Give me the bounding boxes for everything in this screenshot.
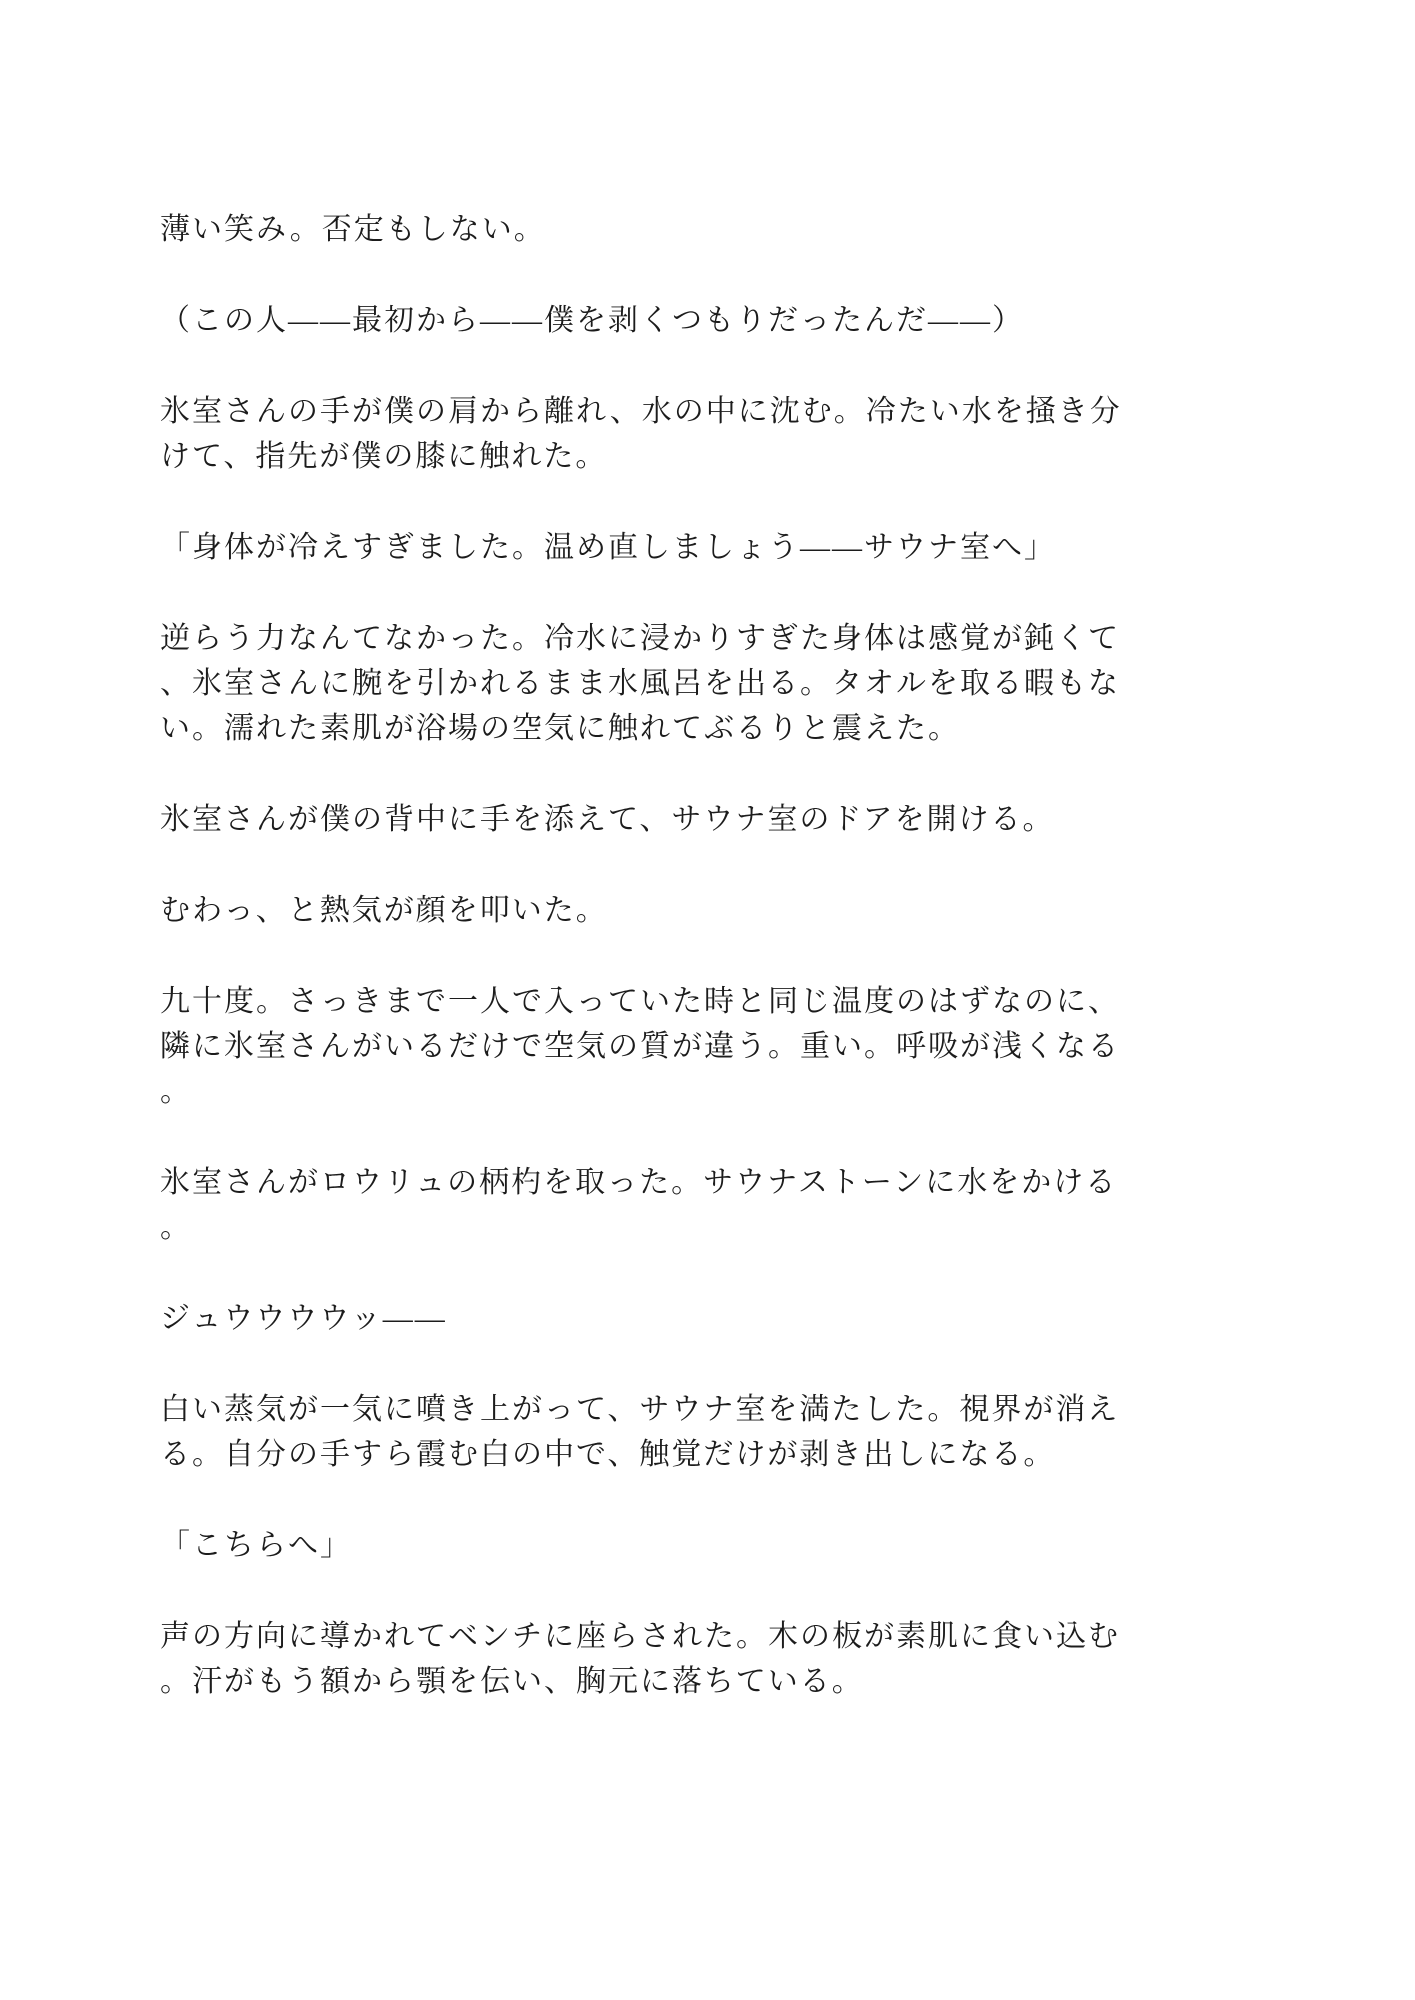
paragraph: ジュウウウウッ——: [160, 1296, 1122, 1341]
paragraph: 氷室さんが僕の背中に手を添えて、サウナ室のドアを開ける。: [160, 797, 1122, 842]
paragraph: 「こちらへ」: [160, 1523, 1122, 1568]
paragraph: 薄い笑み。否定もしない。: [160, 207, 1122, 252]
paragraph: 氷室さんの手が僕の肩から離れ、水の中に沈む。冷たい水を掻き分けて、指先が僕の膝に…: [160, 389, 1122, 479]
paragraph: 逆らう力なんてなかった。冷水に浸かりすぎた身体は感覚が鈍くて、氷室さんに腕を引か…: [160, 616, 1122, 751]
paragraph: 氷室さんがロウリュの柄杓を取った。サウナストーンに水をかける。: [160, 1160, 1122, 1250]
paragraph: （この人——最初から——僕を剥くつもりだったんだ——）: [160, 298, 1122, 343]
paragraph: むわっ、と熱気が顔を叩いた。: [160, 888, 1122, 933]
paragraph: 声の方向に導かれてベンチに座らされた。木の板が素肌に食い込む。汗がもう額から顎を…: [160, 1614, 1122, 1704]
text-block: 薄い笑み。否定もしない。 （この人——最初から——僕を剥くつもりだったんだ——）…: [160, 207, 1122, 1750]
paragraph: 「身体が冷えすぎました。温め直しましょう——サウナ室へ」: [160, 525, 1122, 570]
document-page: 薄い笑み。否定もしない。 （この人——最初から——僕を剥くつもりだったんだ——）…: [0, 0, 1415, 2000]
paragraph: 九十度。さっきまで一人で入っていた時と同じ温度のはずなのに、隣に氷室さんがいるだ…: [160, 979, 1122, 1114]
paragraph: 白い蒸気が一気に噴き上がって、サウナ室を満たした。視界が消える。自分の手すら霞む…: [160, 1387, 1122, 1477]
